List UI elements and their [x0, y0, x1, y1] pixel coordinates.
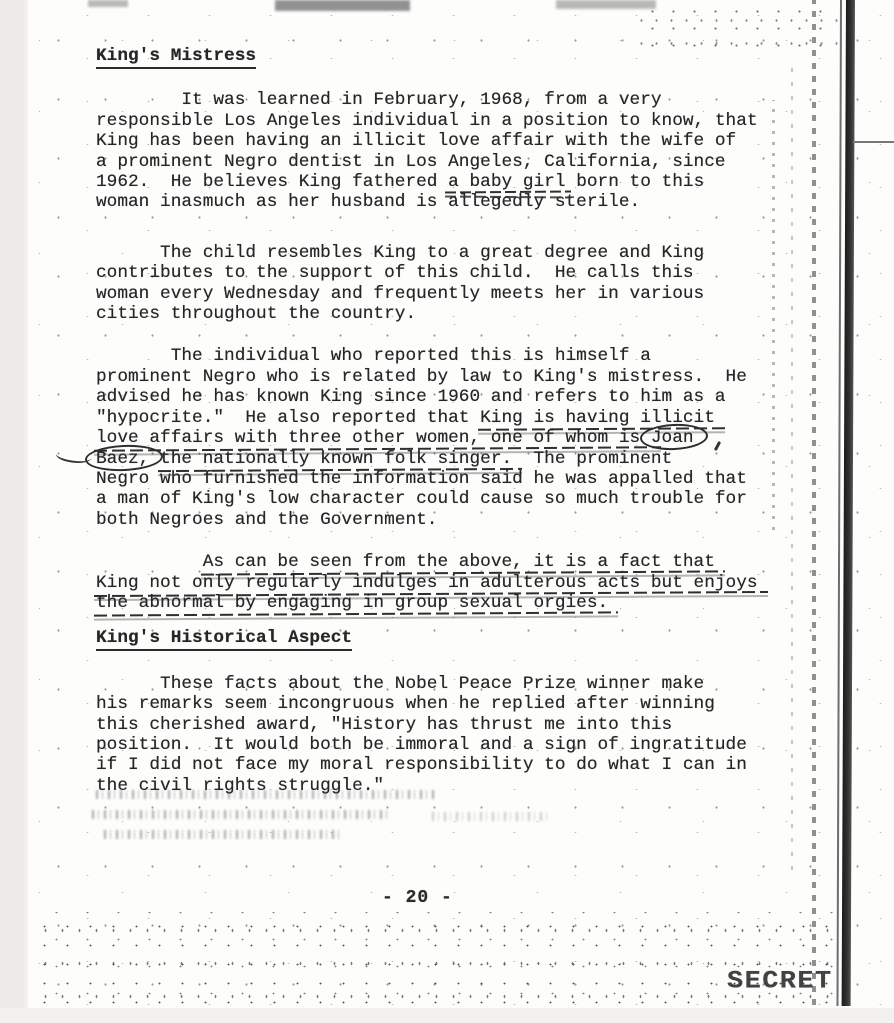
text-line: These facts about the Nobel Peace Prize … — [96, 674, 894, 694]
scan-artifact-column — [791, 60, 793, 870]
heading-underlined-text: King's Historical Aspect — [96, 628, 352, 651]
scan-artifact-column — [772, 100, 775, 530]
text-segment: the civil rights struggle." — [96, 776, 384, 796]
text-segment: both Negroes and the Government. — [96, 510, 437, 530]
text-segment: "hypocrite." He also reported that — [96, 408, 480, 428]
text-line: position. It would both be immoral and a… — [96, 735, 894, 755]
text-segment: cities throughout the country. — [96, 304, 416, 324]
hand-circled-text: Joan — [651, 428, 694, 448]
secret-stamp: SECRET — [727, 968, 833, 996]
text-line: this cherished award, "History has thrus… — [96, 715, 894, 735]
hand-circled-text: Baez, — [96, 449, 149, 469]
text-segment: contributes to the support of this child… — [96, 263, 694, 283]
text-line: King's Historical Aspect — [96, 628, 894, 648]
hand-double-underlined-text: a baby girl — [448, 172, 565, 192]
hand-underlined-text: As can be seen from the above, it is a f… — [203, 552, 715, 572]
heading-underlined-text: King's Mistress — [96, 46, 256, 69]
text-segment: prominent Negro who is related by law to… — [96, 367, 747, 387]
scan-left-band — [0, 0, 28, 1023]
text-segment: a man of King's low character could caus… — [96, 489, 747, 509]
text-segment: advised he has known King since 1960 and… — [96, 387, 726, 407]
text-line: the civil rights struggle." — [96, 776, 894, 796]
text-line: King's Mistress — [96, 46, 894, 66]
text-segment — [96, 552, 203, 572]
text-segment: position. It would both be immoral and a… — [96, 735, 747, 755]
hand-underlined-text: love affairs with three other women, one… — [96, 428, 651, 448]
text-segment: King has been having an illicit love aff… — [96, 131, 736, 151]
text-line: As can be seen from the above, it is a f… — [96, 552, 894, 572]
text-line: his remarks seem incongruous when he rep… — [96, 694, 894, 714]
section-heading: King's Mistress — [96, 46, 894, 66]
text-line: the abnormal by engaging in group sexual… — [96, 593, 894, 613]
scan-bottom-band — [0, 1008, 894, 1023]
text-segment: his remarks seem incongruous when he rep… — [96, 694, 715, 714]
page-edge-tick — [853, 141, 894, 143]
text-segment: The child resembles King to a great degr… — [96, 243, 704, 263]
text-line: King not only regularly indulges in adul… — [96, 573, 894, 593]
paragraph: As can be seen from the above, it is a f… — [96, 552, 894, 613]
text-segment: The prominent — [512, 449, 672, 469]
text-segment: The individual who reported this is hims… — [96, 346, 651, 366]
scan-artifact-column — [812, 0, 816, 1005]
text-segment: It was learned in February, 1968, from a… — [96, 90, 662, 110]
text-segment: These facts about the Nobel Peace Prize … — [96, 674, 704, 694]
text-segment: born to this — [566, 172, 705, 192]
document-body: King's Mistress It was learned in Februa… — [0, 0, 894, 796]
text-segment: woman every Wednesday and frequently mee… — [96, 284, 704, 304]
text-line: if I did not face my moral responsibilit… — [96, 755, 894, 775]
text-segment: this cherished award, "History has thrus… — [96, 715, 672, 735]
section-heading: King's Historical Aspect — [96, 628, 894, 648]
text-segment: responsible Los Angeles individual in a … — [96, 111, 758, 131]
hand-underlined-text: the abnormal by engaging in group sexual… — [96, 593, 608, 613]
text-segment: Negro who furnished the information said… — [96, 469, 747, 489]
text-segment: if I did not face my moral responsibilit… — [96, 755, 747, 775]
text-segment: a prominent Negro dentist in Los Angeles… — [96, 152, 726, 172]
paragraph: These facts about the Nobel Peace Prize … — [96, 674, 894, 796]
page-number: - 20 - — [382, 888, 453, 908]
hand-underlined-text: King not only regularly indulges in adul… — [96, 573, 758, 593]
text-segment: 1962. He believes King fathered — [96, 172, 448, 192]
hand-underlined-text: the nationally known folk singer. — [160, 449, 512, 469]
